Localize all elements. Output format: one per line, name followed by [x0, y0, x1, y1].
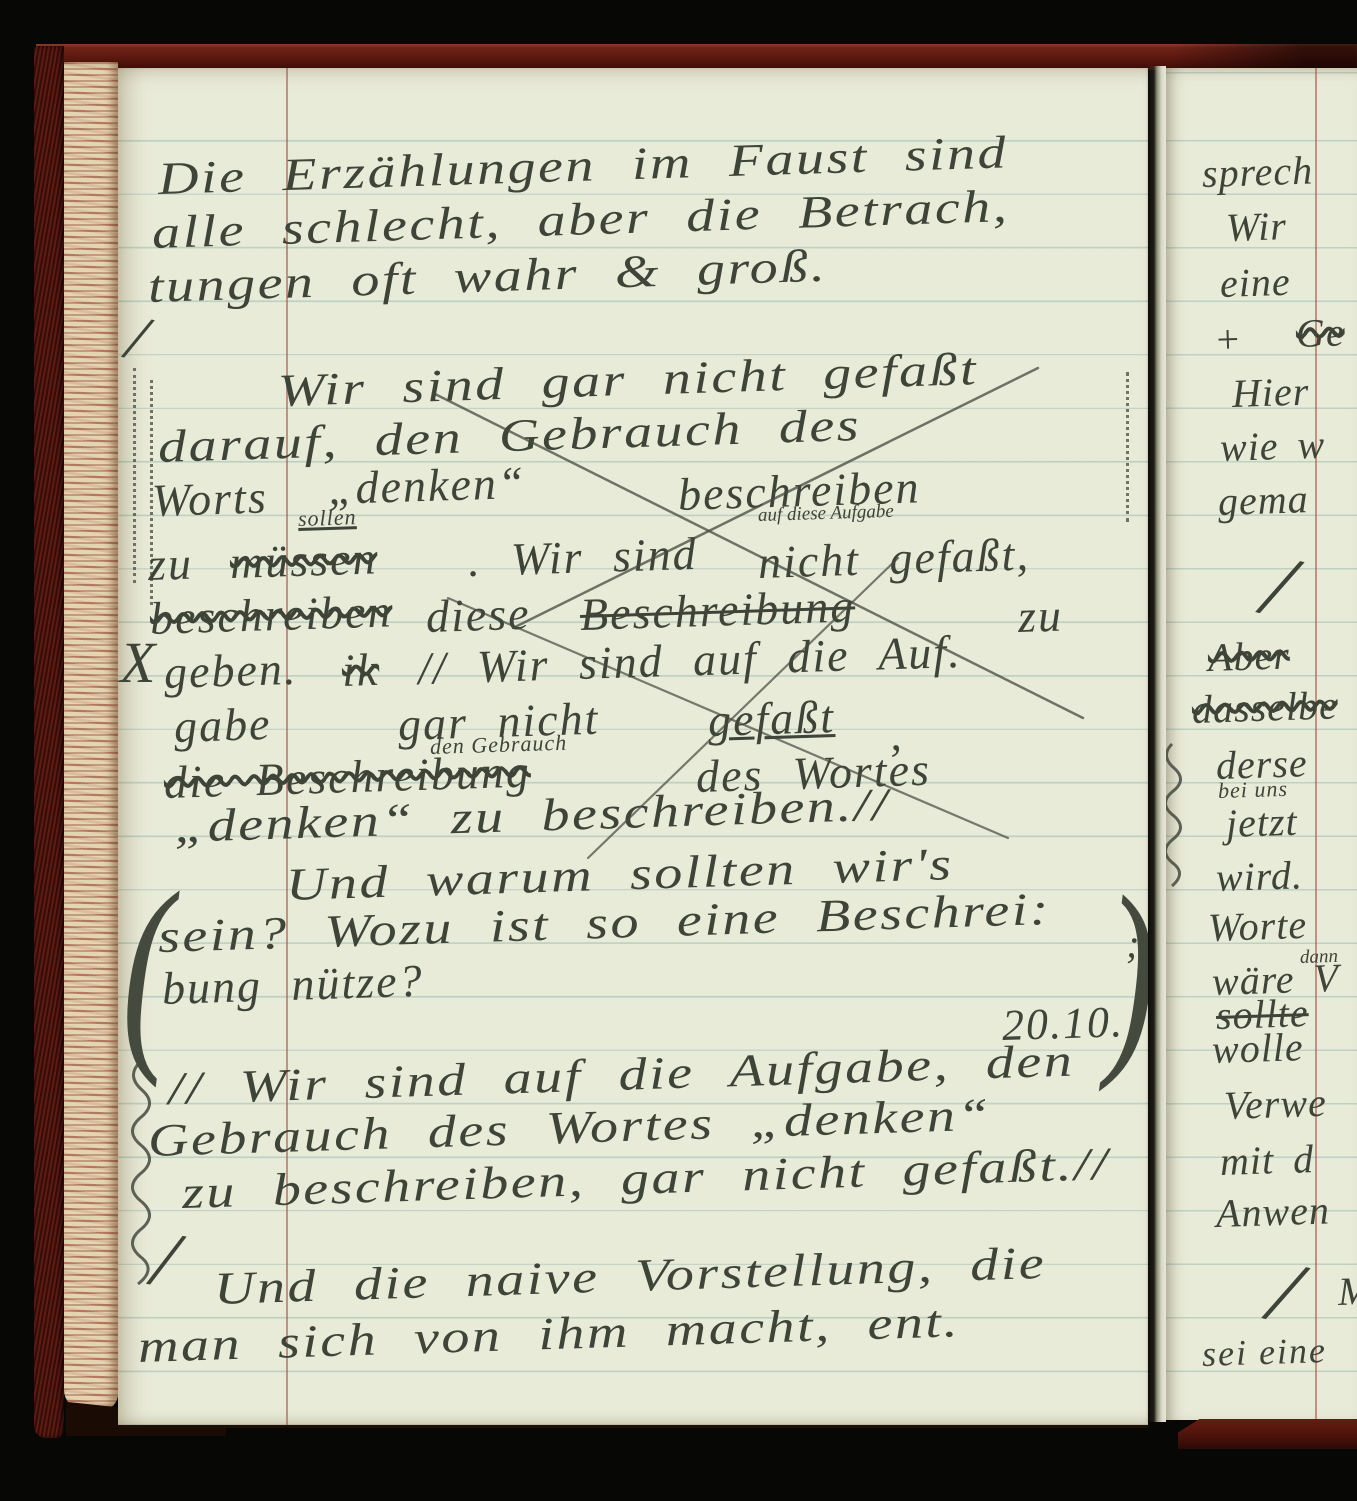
crossed-out-word: Aber: [1207, 635, 1290, 678]
handwritten-fragment: Worte: [1207, 905, 1307, 948]
handwritten-word: „denken“: [327, 460, 526, 512]
handwritten-word: zu: [147, 541, 193, 588]
handwritten-fragment: sprech: [1201, 151, 1313, 194]
left-page: Die Erzählungen im Faust sind alle schle…: [118, 68, 1148, 1428]
handwritten-line: bung nütze?: [161, 958, 424, 1012]
handwritten-fragment: jetzt: [1225, 802, 1298, 844]
handwritten-fragment: Wir: [1225, 206, 1287, 248]
handwritten-fragment: M: [1337, 1271, 1357, 1312]
handwritten-fragment: wolle: [1211, 1027, 1304, 1070]
margin-x-mark: X: [120, 634, 155, 692]
handwritten-word: gabe: [173, 701, 272, 750]
inserted-phrase: auf diese Aufgabe: [758, 502, 894, 525]
handwritten-fragment: wird.: [1215, 855, 1303, 898]
underlined-word: gefaßt: [707, 694, 835, 744]
handwritten-fragment: mit d: [1219, 1139, 1314, 1182]
margin-dotted-line: [1126, 372, 1129, 522]
handwritten-word: nicht gefaßt,: [757, 531, 1030, 586]
margin-semicolon-mark: ;: [1126, 924, 1139, 964]
big-close-paren: ): [1106, 864, 1148, 1082]
handwritten-line: Wir sind gar nicht gefaßt: [277, 346, 978, 414]
handwritten-fragment: Anwen: [1215, 1190, 1330, 1234]
handwritten-fragment: sei eine: [1201, 1332, 1327, 1372]
gutter-shadow: [1146, 66, 1166, 1422]
handwritten-word: . Wir sind: [467, 531, 698, 584]
section-slash-mark: /: [1255, 540, 1301, 633]
handwritten-fragment: gema: [1217, 479, 1309, 522]
book-cover-bottom-edge: [1178, 1419, 1357, 1449]
handwritten-fragment: Hier: [1231, 372, 1310, 414]
right-page: sprech Wir eine + Ge Hier wie w gema / A…: [1166, 68, 1357, 1420]
page-edge-stack: [64, 62, 118, 1410]
crossed-out-word: Ge: [1295, 312, 1345, 354]
handwritten-fragment: eine: [1219, 262, 1291, 304]
inserted-word: sollen: [298, 506, 357, 530]
crossed-out-word: beschreiben: [149, 588, 393, 642]
crossed-out-word: müssen: [229, 535, 378, 586]
handwritten-word: Worts: [151, 474, 268, 524]
crossed-out-word: ik: [341, 647, 380, 694]
section-slash-mark: /: [1261, 1246, 1307, 1339]
book-cover-left-edge: [34, 46, 64, 1438]
handwritten-word: diese: [425, 591, 531, 640]
section-slash-mark: /: [122, 305, 153, 371]
handwritten-word: geben.: [163, 646, 298, 696]
notebook-scan: Die Erzählungen im Faust sind alle schle…: [0, 0, 1357, 1501]
section-slash-mark: /: [147, 1219, 183, 1302]
crossed-out-word: dasselbe: [1191, 685, 1338, 730]
handwritten-fragment: wie w: [1219, 425, 1325, 468]
handwritten-fragment: +: [1213, 319, 1242, 360]
handwritten-word: zu: [1017, 593, 1063, 640]
handwritten-fragment: Verwe: [1223, 1083, 1327, 1126]
margin-dotted-line: [133, 368, 136, 583]
